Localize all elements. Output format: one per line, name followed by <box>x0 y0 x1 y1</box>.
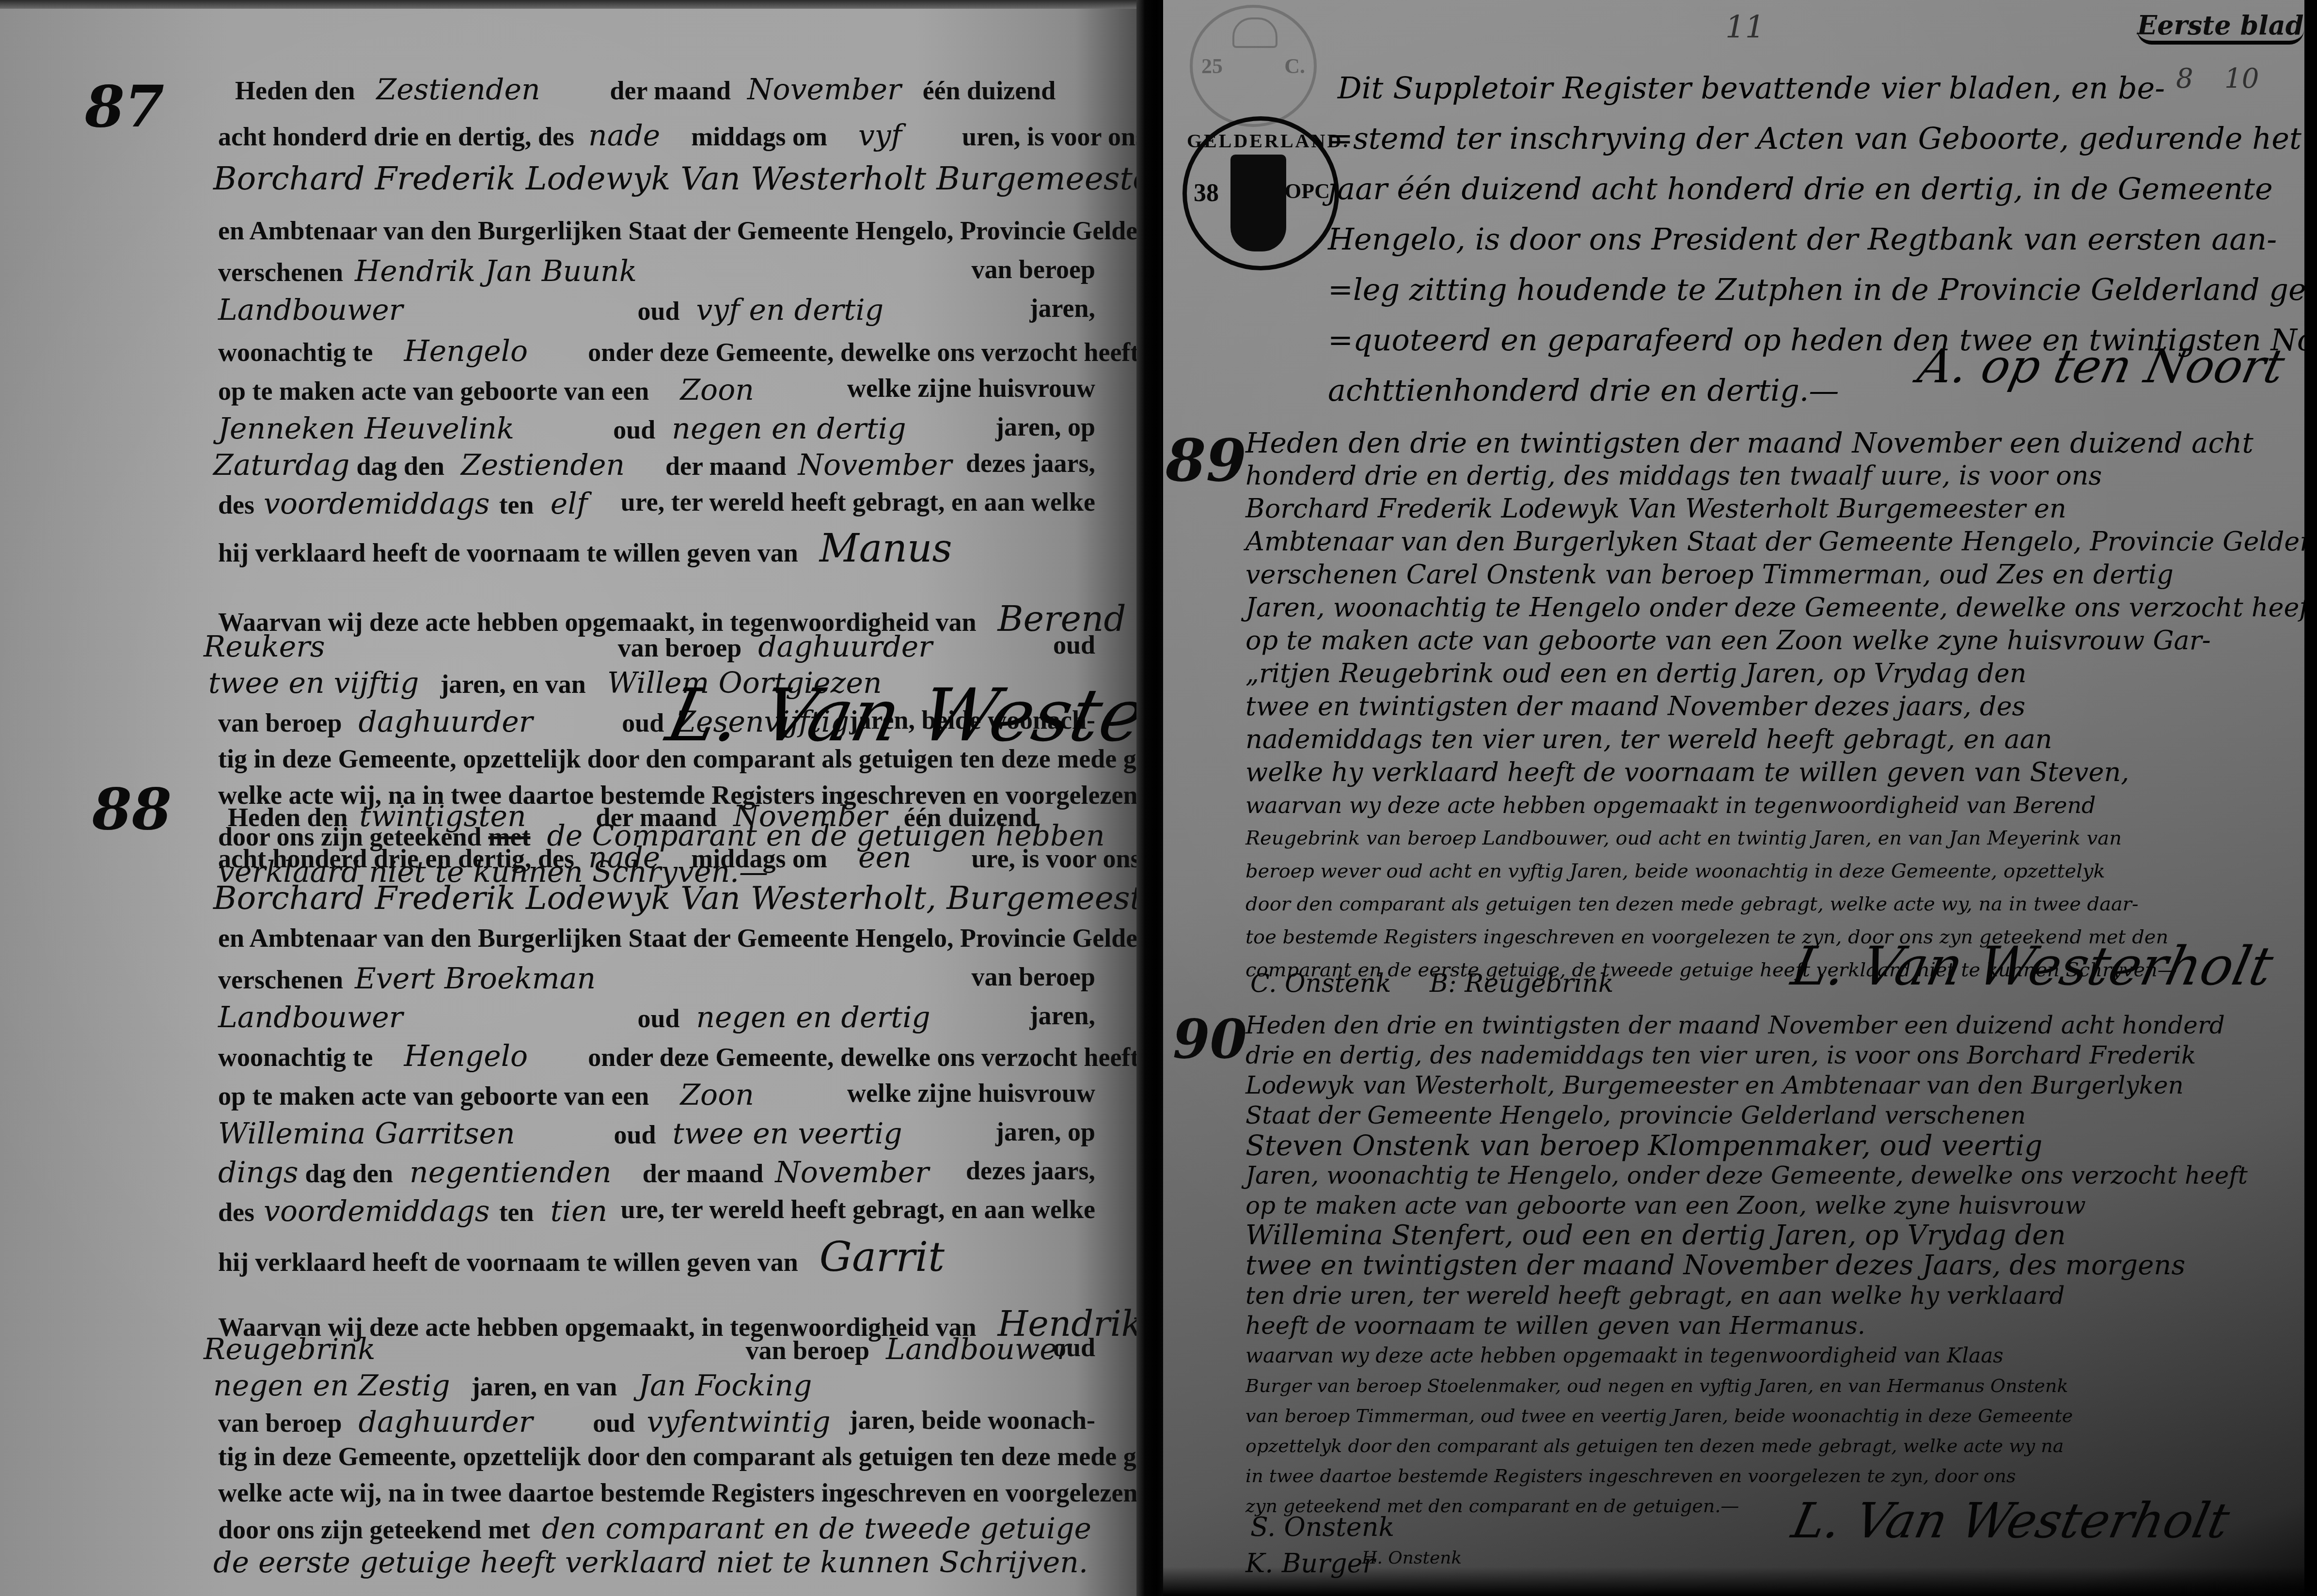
handwritten-month: November <box>775 1156 929 1189</box>
act-line: woonachtig te Hengelo onder deze Gemeent… <box>218 1039 1139 1073</box>
handwritten-father: Evert Broekman <box>355 962 596 996</box>
handwritten-day: twintigsten <box>360 799 526 833</box>
stamp-unit: C. <box>1284 54 1305 78</box>
printed-text: jaren, <box>1030 1001 1095 1031</box>
act-line: Willemina Stenfert, oud een en dertig Ja… <box>1245 1220 2248 1251</box>
act-line: Heden den twintigsten der maand November… <box>228 799 1037 833</box>
printed-text: welke zijne huisvrouw <box>847 1078 1095 1108</box>
handwritten-month: November <box>747 73 901 107</box>
act-line: Steven Onstenk van beroep Klompenmaker, … <box>1245 1130 2248 1160</box>
printed-text: middags om <box>691 122 827 151</box>
handwritten-age: twee en vijftig <box>208 666 419 700</box>
act-line: waarvan wy deze acte hebben opgemaakt in… <box>1245 1341 2248 1371</box>
certification-line: =stemd ter inschryving der Acten van Geb… <box>1328 113 2317 164</box>
folio-mark: 11 <box>1725 10 1765 46</box>
handwritten-age: vyfentwintig <box>646 1405 830 1439</box>
act-line: door ons zijn geteekend met den comparan… <box>218 1512 1091 1546</box>
act-line: van beroep daghuurder oud vyfentwintig j… <box>218 1405 1095 1439</box>
act-line: verschenen Evert Broekman van beroep <box>218 962 1095 996</box>
act-line: acht honderd drie en dertig, des nade mi… <box>218 119 1144 153</box>
printed-text: dezes jaars, <box>966 448 1095 478</box>
handwritten-weekday: dings <box>218 1156 298 1189</box>
printed-text: Heden den <box>235 76 355 105</box>
act-line: Heden den drie en twintigsten der maand … <box>1245 1010 2248 1040</box>
act-line: dings dag den negentienden der maand Nov… <box>218 1156 1095 1189</box>
handwritten-occupation: Landbouwer <box>218 1001 403 1034</box>
handwritten-witness: Reukers <box>204 630 325 664</box>
act-line: op te maken acte van geboorte van een Zo… <box>1245 1190 2248 1220</box>
handwritten-text: voordemiddags <box>264 1194 490 1228</box>
signature-father: C. Onstenk <box>1250 969 1391 998</box>
stamp-province: GELDERLAND. <box>1187 129 1335 152</box>
printed-text: en Ambtenaar van den Burgerlijken Staat … <box>218 216 1144 245</box>
act-line: in twee daartoe bestemde Registers inges… <box>1245 1461 2248 1491</box>
printed-text: op te maken acte van geboorte van een <box>218 1081 649 1111</box>
handwritten-age: negen en dertig <box>672 412 906 446</box>
signature-mayor: L. Van Westerholt <box>1787 1492 2235 1549</box>
handwritten-day: negentienden <box>410 1156 612 1189</box>
act-line: twee en twintigsten der maand November d… <box>1245 690 2317 723</box>
handwritten-day: Zestienden <box>461 448 625 482</box>
stamp-value: 25 <box>1201 54 1223 78</box>
act-line: drie en dertig, des nademiddags ten vier… <box>1245 1040 2248 1070</box>
printed-text: oud <box>637 1004 679 1033</box>
handwritten-place: Hengelo <box>404 334 528 368</box>
printed-text: ten <box>499 490 534 519</box>
certification-line: jaar één duizend acht honderd drie en de… <box>1328 164 2317 214</box>
act-line: Borchard Frederik Lodewyk Van Westerholt… <box>1245 492 2317 525</box>
handwritten-place: Hengelo <box>404 1039 528 1073</box>
act-line: en Ambtenaar van den Burgerlijken Staat … <box>218 923 1144 953</box>
printed-text: onder deze Gemeente, dewelke ons verzoch… <box>588 338 1139 367</box>
printed-text: des <box>218 1198 254 1227</box>
handwritten-text: nade <box>588 119 660 153</box>
handwritten-given-name: Manus <box>820 526 952 571</box>
printed-text: verschenen <box>218 258 343 287</box>
signature-court-president: A. op ten Noort <box>1913 339 2289 393</box>
act-line: Borchard Frederik Lodewyk Van Westerholt… <box>213 879 1144 917</box>
act-number: 88 <box>92 775 172 843</box>
handwritten-month: November <box>733 799 887 833</box>
printed-text: jaren, en van <box>472 1372 617 1401</box>
act-line: Reukers van beroep daghuurder oud <box>204 630 1095 664</box>
act-line: op te maken acte van geboorte van een Zo… <box>1245 624 2317 657</box>
printed-text: onder deze Gemeente, dewelke ons verzoch… <box>588 1043 1139 1072</box>
printed-text: dag den <box>305 1159 393 1188</box>
act-line: heeft de voornaam te willen geven van He… <box>1245 1311 2248 1341</box>
handwritten-age: negen en Zestig <box>213 1369 450 1403</box>
scan-border <box>1163 1567 2317 1596</box>
act-line: hij verklaard heeft de voornaam te wille… <box>218 526 952 571</box>
printed-text: van beroep <box>746 1336 870 1365</box>
handwritten-text: den comparant en de tweede getuige <box>542 1512 1091 1546</box>
handwritten-official: Borchard Frederik Lodewyk Van Westerholt… <box>213 879 1144 917</box>
handwritten-official: Borchard Frederik Lodewyk Van Westerholt… <box>213 160 1144 197</box>
printed-text: dezes jaars, <box>966 1156 1095 1186</box>
printed-text: der maand <box>643 1159 764 1188</box>
act-line: Lodewyk van Westerholt, Burgemeester en … <box>1245 1070 2248 1100</box>
act-line: Zaturdag dag den Zestienden der maand No… <box>213 448 1095 482</box>
act-line: Landbouwer oud vyf en dertig jaren, <box>218 293 1095 327</box>
handwritten-mother: Willemina Garritsen <box>218 1117 515 1151</box>
act-line: honderd drie en dertig, des middags ten … <box>1245 459 2317 492</box>
printed-text: oud <box>622 708 664 737</box>
act-line: Landbouwer oud negen en dertig jaren, <box>218 1001 1095 1034</box>
printed-text: des <box>218 490 254 519</box>
scan-border <box>2304 0 2317 1596</box>
act-number: 89 <box>1166 426 1246 495</box>
act-line: op te maken acte van geboorte van een Zo… <box>218 373 1095 407</box>
handwritten-occupation: daghuurder <box>359 705 533 739</box>
printed-text: hij verklaard heeft de voornaam te wille… <box>218 538 798 567</box>
gelderland-ink-stamp: GELDERLAND. 38 OPC <box>1182 116 1339 270</box>
printed-text: jaren, <box>1030 293 1095 323</box>
printed-text: middags om <box>691 844 827 873</box>
printed-text: oud <box>614 1120 656 1149</box>
signature-father: S. Onstenk <box>1250 1512 1394 1542</box>
printed-text: uren, is voor ons <box>962 122 1144 151</box>
printed-text: van beroep <box>218 1408 342 1438</box>
printed-text: welke acte wij, na in twee daartoe beste… <box>218 1478 1144 1507</box>
act-line: Reugebrink van beroep Landbouwer oud <box>204 1332 1095 1366</box>
printed-text: oud <box>593 1408 635 1438</box>
handwritten-occupation: Landbouwer <box>218 293 403 327</box>
act-line: hij verklaard heeft de voornaam te wille… <box>218 1233 945 1281</box>
act-line: tig in deze Gemeente, opzettelijk door d… <box>218 1441 1144 1471</box>
printed-text: Heden den <box>228 803 348 832</box>
handwritten-occupation: Landbouwer <box>886 1332 1071 1366</box>
act-line: Reugebrink van beroep Landbouwer, oud ac… <box>1245 822 2317 855</box>
register-scan: 87 Heden den Zestienden der maand Novemb… <box>0 0 2317 1596</box>
act-90-text: Heden den drie en twintigsten der maand … <box>1245 1010 2248 1521</box>
handwritten-day: Zestienden <box>377 73 540 107</box>
act-line: waarvan wy deze acte hebben opgemaakt in… <box>1245 789 2317 822</box>
printed-text: één duizend <box>904 803 1037 832</box>
act-line: Burger van beroep Stoelenmaker, oud nege… <box>1245 1371 2248 1401</box>
act-line: door den comparant als getuigen ten deze… <box>1245 888 2317 921</box>
act-line: Willemina Garritsen oud twee en veertig … <box>218 1117 1095 1151</box>
handwritten-mother: Jenneken Heuvelink <box>218 412 514 446</box>
act-line: Jaren, woonachtig te Hengelo, onder deze… <box>1245 1160 2248 1190</box>
handwritten-text: nade <box>588 841 660 875</box>
printed-text: verschenen <box>218 965 343 994</box>
act-line: Heden den drie en twintigsten der maand … <box>1245 426 2317 459</box>
act-line: Jenneken Heuvelink oud negen en dertig j… <box>218 412 1095 446</box>
certification-line: Hengelo, is door ons President der Regtb… <box>1328 214 2317 265</box>
act-line: en Ambtenaar van den Burgerlijken Staat … <box>218 216 1144 246</box>
printed-text: ure, is voor ons <box>972 844 1141 873</box>
handwritten-month: November <box>798 448 952 482</box>
handwritten-weekday: Zaturdag <box>213 448 349 482</box>
printed-text: oud <box>637 297 679 326</box>
act-line: acht honderd drie en dertig, des nade mi… <box>218 841 1141 875</box>
act-89-text: Heden den drie en twintigsten der maand … <box>1245 426 2317 986</box>
handwritten-text: voordemiddags <box>264 487 490 521</box>
left-page: 87 Heden den Zestienden der maand Novemb… <box>0 0 1144 1596</box>
act-line: des voordemiddags ten tien ure, ter were… <box>218 1194 1095 1228</box>
stamp-number: 38 <box>1194 179 1219 207</box>
act-line: van beroep Timmerman, oud twee en veerti… <box>1245 1401 2248 1431</box>
signature-witness: H. Onstenk <box>1362 1548 1462 1568</box>
printed-text: en Ambtenaar van den Burgerlijken Staat … <box>218 923 1144 953</box>
printed-text: der maand <box>596 803 717 832</box>
printed-text: hij verklaard heeft de voornaam te wille… <box>218 1248 798 1277</box>
act-line: „ritjen Reugebrink oud een en dertig Jar… <box>1245 657 2317 690</box>
handwritten-text: de eerste getuige heeft verklaard niet t… <box>213 1546 1088 1580</box>
printed-text: ure, ter wereld heeft gebragt, en aan we… <box>621 1194 1095 1224</box>
signature-mayor: L. Van Westerholt <box>1786 935 2278 997</box>
printed-text: dag den <box>356 452 444 481</box>
signature-witness: B: Reugebrink <box>1430 969 1614 998</box>
printed-text: woonachtig te <box>218 1043 373 1072</box>
printed-text: op te maken acte van geboorte van een <box>218 376 649 406</box>
handwritten-age: negen en dertig <box>696 1001 930 1034</box>
certification-line: Dit Suppletoir Register bevattende vier … <box>1338 63 2317 113</box>
handwritten-sex: Zoon <box>680 373 754 407</box>
act-line: beroep wever oud acht en vyftig Jaren, b… <box>1245 855 2317 888</box>
handwritten-hour: elf <box>551 487 588 521</box>
printed-text: van beroep <box>971 962 1095 992</box>
act-line: op te maken acte van geboorte van een Zo… <box>218 1078 1095 1112</box>
printed-text: jaren, op <box>995 1117 1095 1147</box>
printed-text: één duizend <box>923 76 1056 105</box>
act-line: verschenen Carel Onstenk van beroep Timm… <box>1245 558 2317 591</box>
act-line: ten drie uren, ter wereld heeft gebragt,… <box>1245 1281 2248 1311</box>
act-line: Jaren, woonachtig te Hengelo onder deze … <box>1245 591 2317 624</box>
signature-mayor: L. Van Westerholt <box>660 673 1144 758</box>
printed-text: van beroep <box>218 708 342 737</box>
printed-text: acht honderd drie en dertig, des <box>218 844 574 873</box>
handwritten-hour: tien <box>551 1194 607 1228</box>
act-number: 90 <box>1173 1008 1247 1070</box>
crown-icon <box>1232 17 1277 48</box>
certification-line: =leg zitting houdende te Zutphen in de P… <box>1328 265 2317 315</box>
act-line: verschenen Hendrik Jan Buunk van beroep <box>218 254 1095 288</box>
handwritten-witness: Jan Focking <box>638 1369 812 1403</box>
handwritten-father: Hendrik Jan Buunk <box>355 254 637 288</box>
handwritten-occupation: daghuurder <box>758 630 932 664</box>
printed-text: van beroep <box>618 633 742 662</box>
printed-text: jaren, beide woonach- <box>850 1405 1096 1435</box>
page-top-edge <box>0 0 1144 9</box>
act-number: 87 <box>85 73 164 140</box>
printed-text: oud <box>1053 1332 1095 1362</box>
handwritten-sex: Zoon <box>680 1078 754 1112</box>
printed-text: ure, ter wereld heeft gebragt, en aan we… <box>621 487 1095 517</box>
printed-text: ten <box>499 1198 534 1227</box>
printed-text: der maand <box>665 452 787 481</box>
act-line: woonachtig te Hengelo onder deze Gemeent… <box>218 334 1139 368</box>
printed-text: van beroep <box>971 254 1095 284</box>
act-line: opzettelyk door den comparant als getuig… <box>1245 1431 2248 1461</box>
act-line: Heden den Zestienden der maand November … <box>235 73 1056 107</box>
handwritten-hour: vyf <box>858 119 902 153</box>
act-line: nademiddags ten vier uren, ter wereld he… <box>1245 723 2317 756</box>
printed-text: jaren, op <box>995 412 1095 442</box>
handwritten-occupation: daghuurder <box>359 1405 533 1439</box>
stamp-code: OPC <box>1285 179 1330 203</box>
printed-text: welke zijne huisvrouw <box>847 373 1095 403</box>
act-line: Borchard Frederik Lodewyk Van Westerholt… <box>213 160 1144 197</box>
coat-of-arms-icon <box>1230 155 1286 251</box>
act-line: Staat der Gemeente Hengelo, provincie Ge… <box>1245 1100 2248 1130</box>
act-line: des voordemiddags ten elf ure, ter werel… <box>218 487 1095 521</box>
first-leaf-label: Eerste blad <box>2137 10 2304 45</box>
act-line: welke hy verklaard heeft de voornaam te … <box>1245 756 2317 789</box>
handwritten-given-name: Garrit <box>820 1233 945 1281</box>
printed-text: acht honderd drie en dertig, des <box>218 122 574 151</box>
printed-text: door ons zijn geteekend met <box>218 1515 530 1544</box>
printed-text: oud <box>613 415 655 444</box>
handwritten-age: twee en veertig <box>673 1117 902 1151</box>
handwritten-hour: een <box>858 841 912 875</box>
embossed-tax-stamp: 25 C. <box>1190 5 1317 127</box>
printed-text: jaren, en van <box>440 670 586 699</box>
act-line: twee en twintigsten der maand November d… <box>1245 1251 2248 1281</box>
act-line: de eerste getuige heeft verklaard niet t… <box>213 1546 1088 1580</box>
printed-text: woonachtig te <box>218 338 373 367</box>
act-line: Ambtenaar van den Burgerlyken Staat der … <box>1245 525 2317 558</box>
printed-text: der maand <box>610 76 731 105</box>
act-line: negen en Zestig jaren, en van Jan Fockin… <box>213 1369 812 1403</box>
printed-text: oud <box>1053 630 1095 660</box>
handwritten-witness: Reugebrink <box>204 1332 376 1366</box>
printed-text: tig in deze Gemeente, opzettelijk door d… <box>218 1442 1144 1471</box>
act-line: welke acte wij, na in twee daartoe beste… <box>218 1478 1144 1508</box>
handwritten-age: vyf en dertig <box>696 293 883 327</box>
